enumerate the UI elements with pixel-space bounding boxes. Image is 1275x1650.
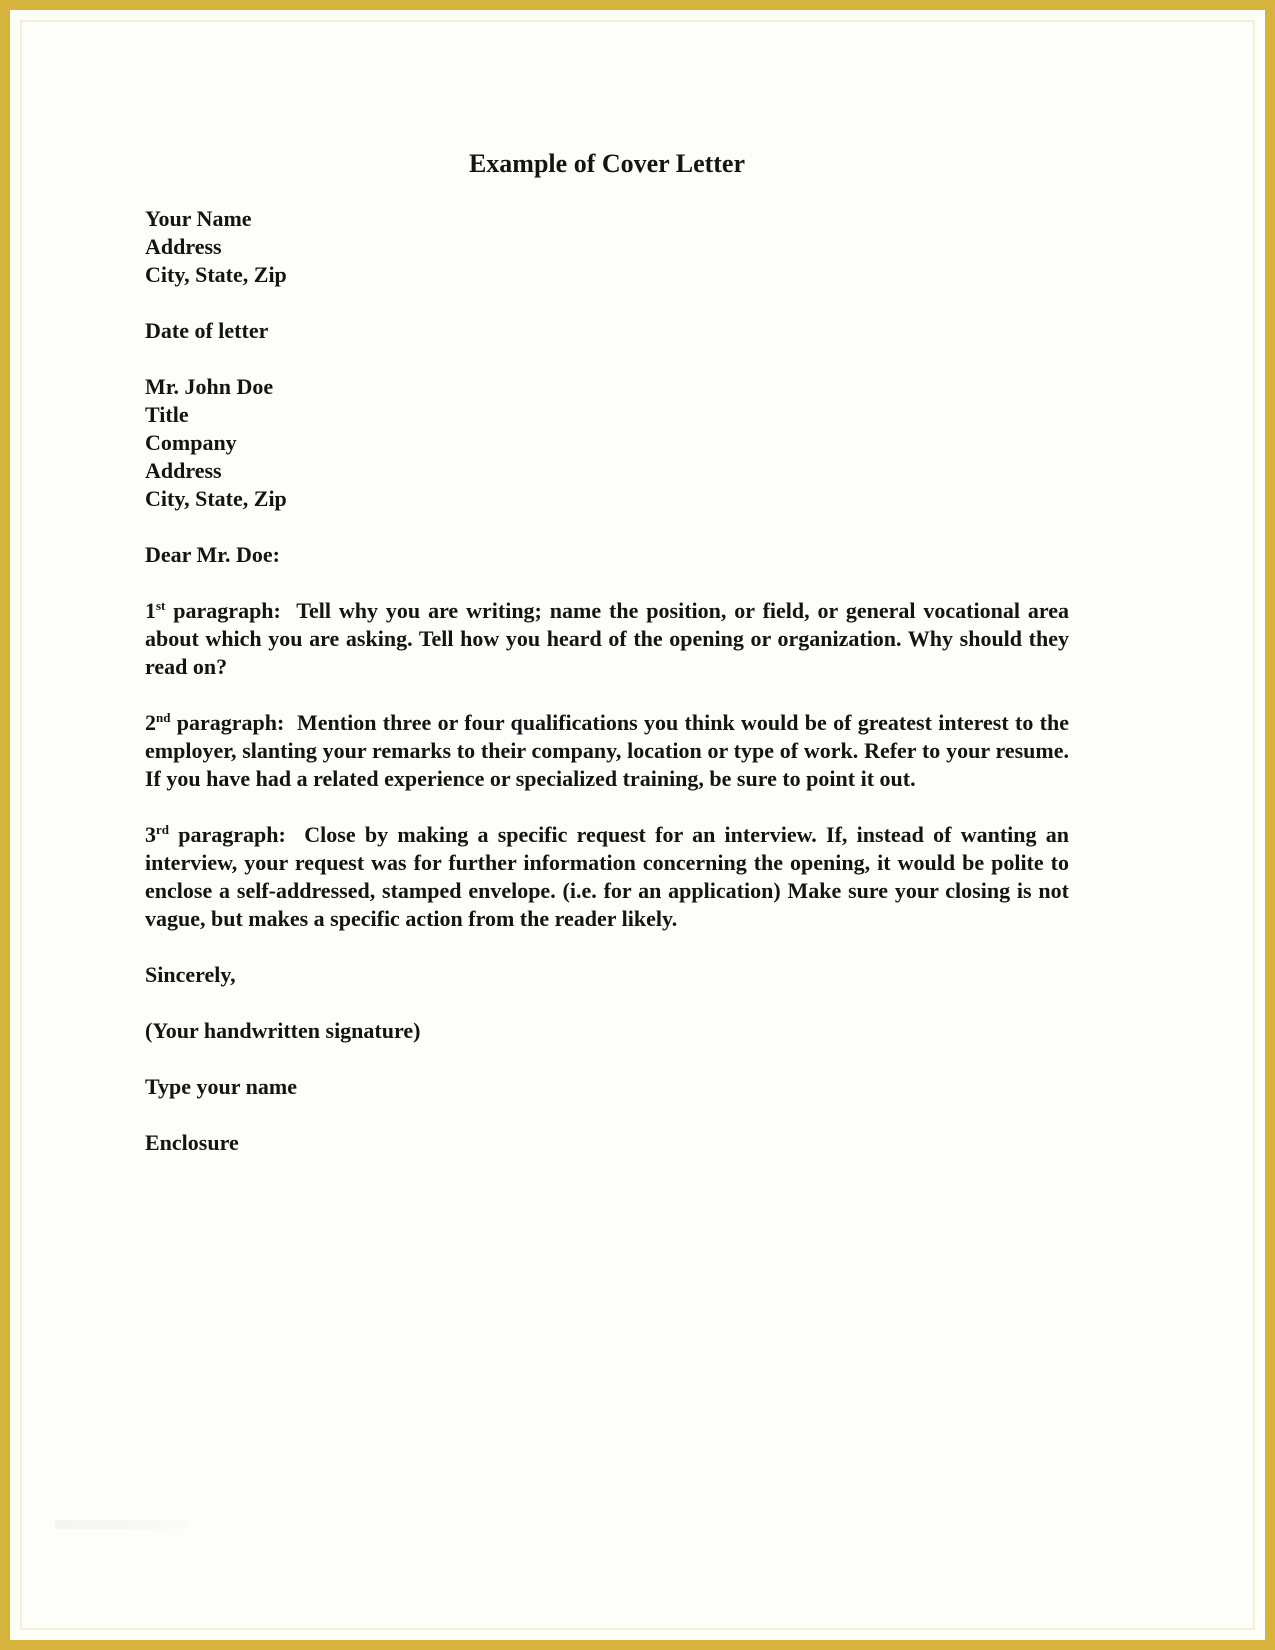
recipient-company: Company (145, 429, 1069, 457)
paragraph-3-ordinal-suffix: rd (156, 822, 169, 837)
recipient-address: Address (145, 457, 1069, 485)
date-block: Date of letter (145, 317, 1069, 345)
paragraph-1-ordinal-suffix: st (156, 598, 165, 613)
recipient-name: Mr. John Doe (145, 373, 1069, 401)
paragraph-1: 1st paragraph: Tell why you are writing;… (145, 597, 1069, 681)
typed-name-block: Type your name (145, 1073, 1069, 1101)
recipient-address-block: Mr. John Doe Title Company Address City,… (145, 373, 1069, 513)
paragraph-3: 3rd paragraph: Close by making a specifi… (145, 821, 1069, 933)
paragraph-3-ordinal: 3 (145, 822, 156, 847)
sender-name: Your Name (145, 205, 1069, 233)
signature-note: (Your handwritten signature) (145, 1017, 1069, 1045)
typed-name: Type your name (145, 1073, 1069, 1101)
salutation-block: Dear Mr. Doe: (145, 541, 1069, 569)
valediction: Sincerely, (145, 961, 1069, 989)
enclosure-block: Enclosure (145, 1129, 1069, 1157)
sender-city-state-zip: City, State, Zip (145, 261, 1069, 289)
faint-watermark-smudge (55, 1520, 190, 1529)
sender-address-block: Your Name Address City, State, Zip (145, 205, 1069, 289)
recipient-title: Title (145, 401, 1069, 429)
paragraph-2-ordinal-suffix: nd (156, 710, 170, 725)
paragraph-1-ordinal: 1 (145, 598, 156, 623)
signature-note-block: (Your handwritten signature) (145, 1017, 1069, 1045)
valediction-block: Sincerely, (145, 961, 1069, 989)
paragraph-1-text: paragraph: Tell why you are writing; nam… (145, 598, 1075, 679)
document-title: Example of Cover Letter (145, 10, 1069, 181)
paragraph-2: 2nd paragraph: Mention three or four qua… (145, 709, 1069, 793)
cover-letter-document: Example of Cover Letter Your Name Addres… (145, 10, 1069, 1157)
paragraph-2-ordinal: 2 (145, 710, 156, 735)
paragraph-3-text: paragraph: Close by making a specific re… (145, 822, 1075, 931)
date-line: Date of letter (145, 317, 1069, 345)
recipient-city-state-zip: City, State, Zip (145, 485, 1069, 513)
enclosure-note: Enclosure (145, 1129, 1069, 1157)
paragraph-2-text: paragraph: Mention three or four qualifi… (145, 710, 1075, 791)
sender-address: Address (145, 233, 1069, 261)
salutation: Dear Mr. Doe: (145, 541, 1069, 569)
